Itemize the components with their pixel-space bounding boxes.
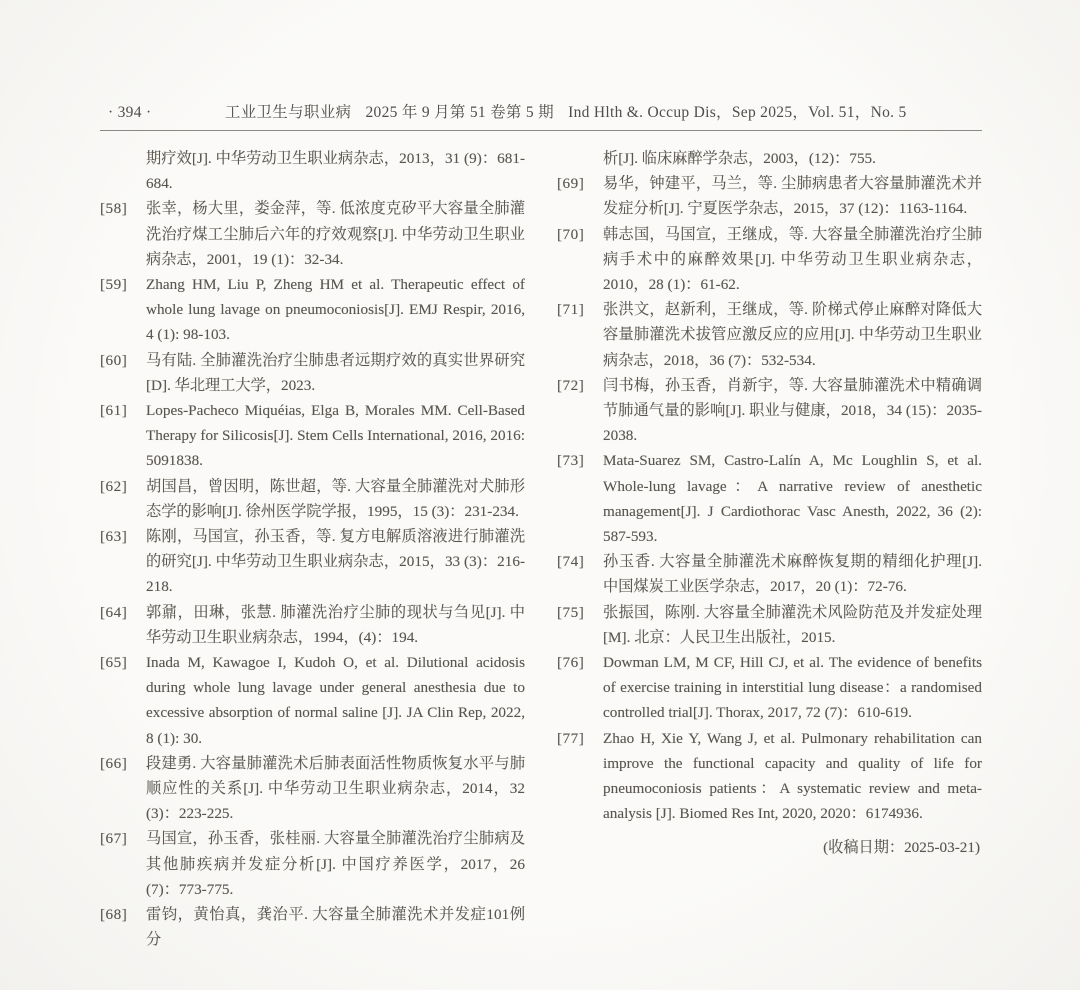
reference-number: [61] [100, 398, 146, 423]
reference-text: 韩志国，马国宣，王继成，等. 大容量全肺灌洗治疗尘肺病手术中的麻醉效果[J]. … [603, 222, 982, 298]
reference-text: Mata-Suarez SM, Castro-Lalín A, Mc Lough… [603, 448, 982, 549]
reference-number: [66] [100, 751, 146, 776]
reference-item: [58] 张幸，杨大里，娄金萍，等. 低浓度克矽平大容量全肺灌洗治疗煤工尘肺后六… [100, 196, 525, 272]
reference-item: [64] 郭鼐，田琳，张慧. 肺灌洗治疗尘肺的现状与刍见[J]. 中华劳动卫生职… [100, 600, 525, 650]
reference-number: [77] [557, 726, 603, 751]
reference-item: [61] Lopes-Pacheco Miquéias, Elga B, Mor… [100, 398, 525, 474]
journal-title-en: Ind Hlth &. Occup Dis，Sep 2025，Vol. 51，N… [568, 104, 906, 121]
reference-text: 闫书梅，孙玉香，肖新宇，等. 大容量肺灌洗术中精确调节肺通气量的影响[J]. 职… [603, 373, 982, 449]
received-date: (收稿日期：2025-03-21) [557, 835, 982, 860]
reference-number: [73] [557, 448, 603, 473]
reference-number: [65] [100, 650, 146, 675]
reference-item: [59] Zhang HM, Liu P, Zheng HM et al. Th… [100, 272, 525, 348]
reference-number: [70] [557, 222, 603, 247]
reference-text: Inada M, Kawagoe I, Kudoh O, et al. Dilu… [146, 650, 525, 751]
reference-item: [70] 韩志国，马国宣，王继成，等. 大容量全肺灌洗治疗尘肺病手术中的麻醉效果… [557, 222, 982, 298]
reference-item: [76] Dowman LM, M CF, Hill CJ, et al. Th… [557, 650, 982, 726]
reference-text: 马国宣，孙玉香，张桂丽. 大容量全肺灌洗治疗尘肺病及其他肺疾病并发症分析[J].… [146, 826, 525, 902]
reference-number: [67] [100, 826, 146, 851]
reference-item: 析[J]. 临床麻醉学杂志，2003，(12)：755. [557, 146, 982, 171]
reference-item: [60] 马有陆. 全肺灌洗治疗尘肺患者远期疗效的真实世界研究[D]. 华北理工… [100, 348, 525, 398]
reference-text: 段建勇. 大容量肺灌洗术后肺表面活性物质恢复水平与肺顺应性的关系[J]. 中华劳… [146, 751, 525, 827]
references-column-right: 析[J]. 临床麻醉学杂志，2003，(12)：755. [69] 易华，钟建平… [557, 146, 982, 953]
reference-item: [68] 雷钧，黄怡真，龚治平. 大容量全肺灌洗术并发症101例分 [100, 902, 525, 952]
reference-text: 孙玉香. 大容量全肺灌洗术麻醉恢复期的精细化护理[J]. 中国煤炭工业医学杂志，… [603, 549, 982, 599]
reference-text: 郭鼐，田琳，张慧. 肺灌洗治疗尘肺的现状与刍见[J]. 中华劳动卫生职业病杂志，… [146, 600, 525, 650]
reference-item: [77] Zhao H, Xie Y, Wang J, et al. Pulmo… [557, 726, 982, 827]
reference-text: 马有陆. 全肺灌洗治疗尘肺患者远期疗效的真实世界研究[D]. 华北理工大学，20… [146, 348, 525, 398]
reference-number: [62] [100, 474, 146, 499]
reference-item: [66] 段建勇. 大容量肺灌洗术后肺表面活性物质恢复水平与肺顺应性的关系[J]… [100, 751, 525, 827]
reference-number: [74] [557, 549, 603, 574]
reference-number: [68] [100, 902, 146, 927]
journal-title-cn: 工业卫生与职业病 [225, 104, 351, 121]
reference-text: Zhang HM, Liu P, Zheng HM et al. Therape… [146, 272, 525, 348]
reference-text: 期疗效[J]. 中华劳动卫生职业病杂志，2013，31 (9)：681-684. [146, 146, 525, 196]
reference-text: Lopes-Pacheco Miquéias, Elga B, Morales … [146, 398, 525, 474]
reference-item: [75] 张振国，陈刚. 大容量全肺灌洗术风险防范及并发症处理[M]. 北京：人… [557, 600, 982, 650]
journal-issue-cn: 2025 年 9 月第 51 卷第 5 期 [366, 104, 554, 121]
reference-text: 张洪文，赵新利，王继成，等. 阶梯式停止麻醉对降低大容量肺灌洗术拔管应激反应的应… [603, 297, 982, 373]
reference-item: [69] 易华，钟建平，马兰，等. 尘肺病患者大容量肺灌洗术并发症分析[J]. … [557, 171, 982, 221]
reference-text: 陈刚，马国宣，孙玉香，等. 复方电解质溶液进行肺灌洗的研究[J]. 中华劳动卫生… [146, 524, 525, 600]
reference-item: [62] 胡国昌，曾因明，陈世超，等. 大容量全肺灌洗对犬肺形态学的影响[J].… [100, 474, 525, 524]
reference-text: 雷钧，黄怡真，龚治平. 大容量全肺灌洗术并发症101例分 [146, 902, 525, 952]
page-number: · 394 · [108, 104, 151, 122]
page-header: · 394 · 工业卫生与职业病 2025 年 9 月第 51 卷第 5 期 I… [100, 100, 982, 131]
reference-number: [63] [100, 524, 146, 549]
journal-page: · 394 · 工业卫生与职业病 2025 年 9 月第 51 卷第 5 期 I… [100, 100, 982, 953]
reference-text: 析[J]. 临床麻醉学杂志，2003，(12)：755. [603, 146, 982, 171]
reference-item: [73] Mata-Suarez SM, Castro-Lalín A, Mc … [557, 448, 982, 549]
reference-text: 易华，钟建平，马兰，等. 尘肺病患者大容量肺灌洗术并发症分析[J]. 宁夏医学杂… [603, 171, 982, 221]
reference-item: [63] 陈刚，马国宣，孙玉香，等. 复方电解质溶液进行肺灌洗的研究[J]. 中… [100, 524, 525, 600]
references-columns: 期疗效[J]. 中华劳动卫生职业病杂志，2013，31 (9)：681-684.… [100, 146, 982, 953]
reference-number: [71] [557, 297, 603, 322]
reference-number: [76] [557, 650, 603, 675]
reference-number: [69] [557, 171, 603, 196]
journal-masthead: 工业卫生与职业病 2025 年 9 月第 51 卷第 5 期 Ind Hlth … [151, 100, 980, 122]
reference-text: 张幸，杨大里，娄金萍，等. 低浓度克矽平大容量全肺灌洗治疗煤工尘肺后六年的疗效观… [146, 196, 525, 272]
reference-number: [75] [557, 600, 603, 625]
reference-text: 张振国，陈刚. 大容量全肺灌洗术风险防范及并发症处理[M]. 北京：人民卫生出版… [603, 600, 982, 650]
reference-item: 期疗效[J]. 中华劳动卫生职业病杂志，2013，31 (9)：681-684. [100, 146, 525, 196]
reference-number: [64] [100, 600, 146, 625]
reference-item: [67] 马国宣，孙玉香，张桂丽. 大容量全肺灌洗治疗尘肺病及其他肺疾病并发症分… [100, 826, 525, 902]
reference-text: Dowman LM, M CF, Hill CJ, et al. The evi… [603, 650, 982, 726]
reference-number: [72] [557, 373, 603, 398]
reference-number: [58] [100, 196, 146, 221]
reference-text: Zhao H, Xie Y, Wang J, et al. Pulmonary … [603, 726, 982, 827]
reference-text: 胡国昌，曾因明，陈世超，等. 大容量全肺灌洗对犬肺形态学的影响[J]. 徐州医学… [146, 474, 525, 524]
reference-number: [60] [100, 348, 146, 373]
references-column-left: 期疗效[J]. 中华劳动卫生职业病杂志，2013，31 (9)：681-684.… [100, 146, 525, 953]
reference-number: [59] [100, 272, 146, 297]
reference-item: [71] 张洪文，赵新利，王继成，等. 阶梯式停止麻醉对降低大容量肺灌洗术拔管应… [557, 297, 982, 373]
reference-item: [72] 闫书梅，孙玉香，肖新宇，等. 大容量肺灌洗术中精确调节肺通气量的影响[… [557, 373, 982, 449]
reference-item: [65] Inada M, Kawagoe I, Kudoh O, et al.… [100, 650, 525, 751]
reference-item: [74] 孙玉香. 大容量全肺灌洗术麻醉恢复期的精细化护理[J]. 中国煤炭工业… [557, 549, 982, 599]
